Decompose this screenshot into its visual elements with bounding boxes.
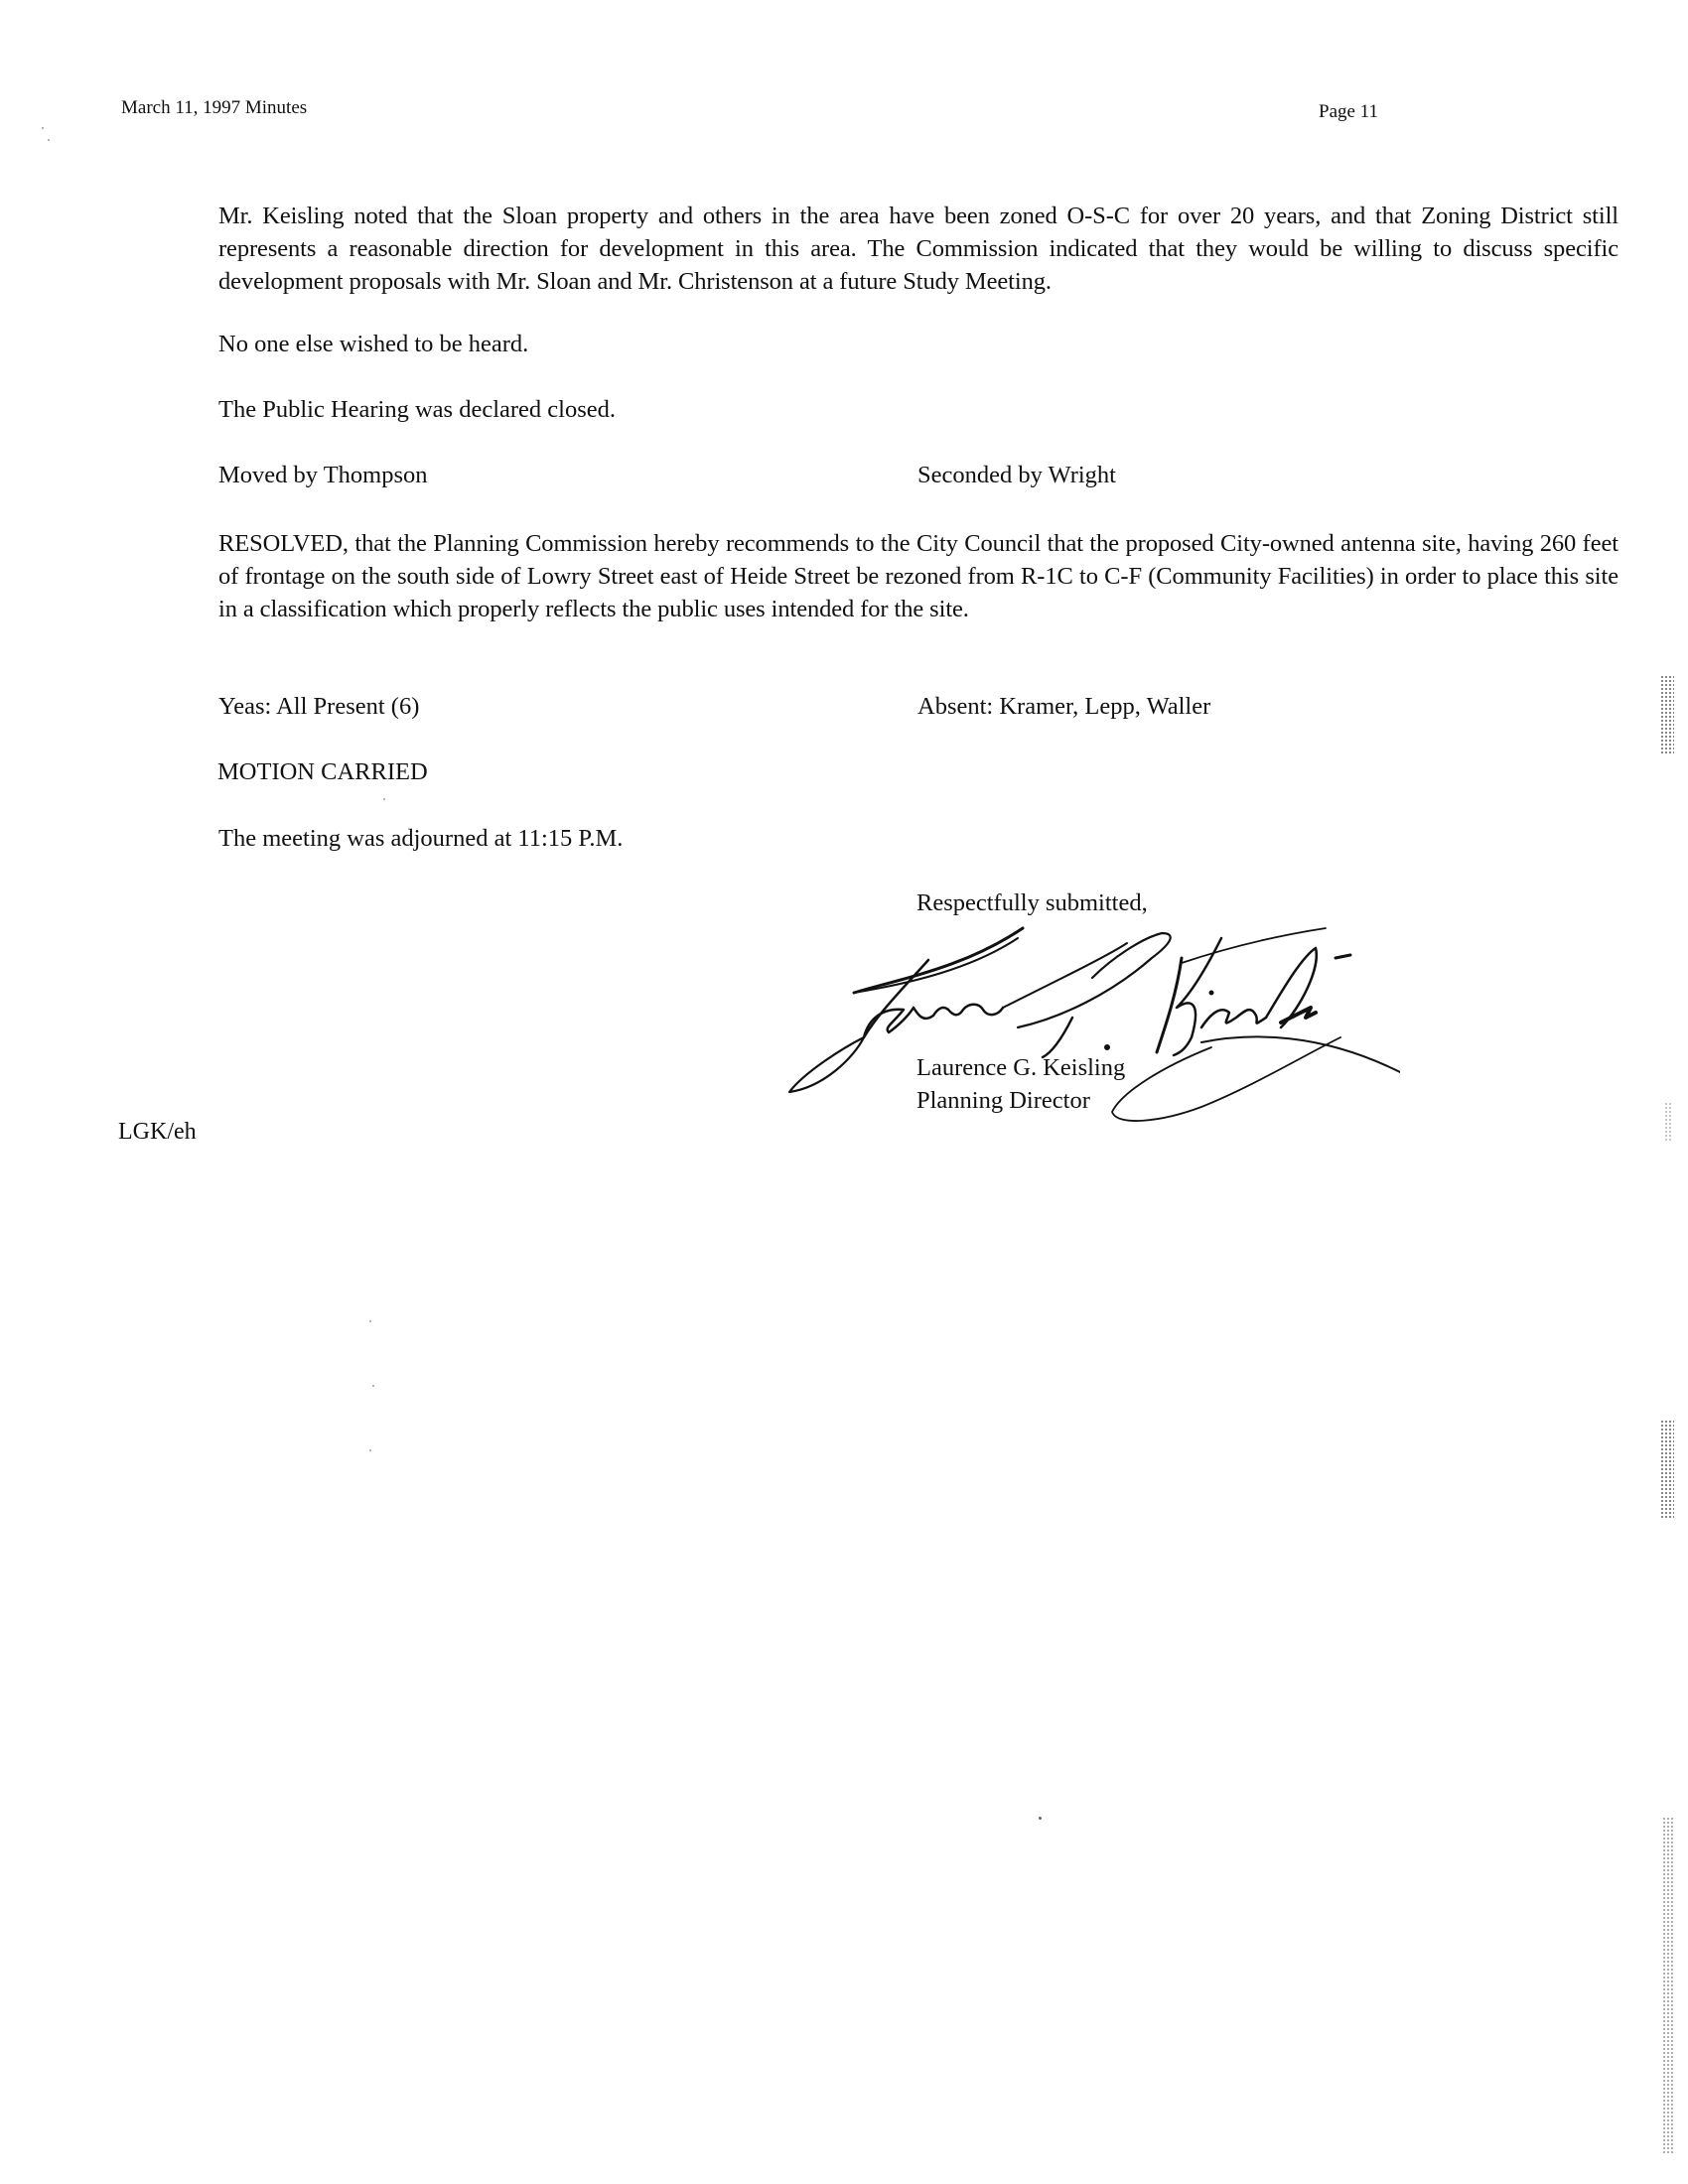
scan-speck bbox=[369, 1320, 371, 1322]
scan-speck bbox=[42, 127, 44, 129]
scan-speck bbox=[48, 139, 50, 141]
typist-initials: LGK/eh bbox=[118, 1116, 197, 1149]
signature-icon bbox=[784, 898, 1400, 1127]
scan-artifact bbox=[1660, 675, 1674, 754]
scan-artifact bbox=[1664, 1102, 1672, 1142]
scan-artifact bbox=[1660, 1420, 1674, 1519]
adjournment-text: The meeting was adjourned at 11:15 P.M. bbox=[218, 822, 623, 855]
scan-speck bbox=[369, 1449, 371, 1451]
signer-name: Laurence G. Keisling bbox=[916, 1051, 1125, 1084]
header-date-title: March 11, 1997 Minutes bbox=[121, 97, 307, 119]
paragraph-keisling-note: Mr. Keisling noted that the Sloan proper… bbox=[218, 200, 1618, 298]
motion-result: MOTION CARRIED bbox=[217, 755, 428, 788]
scan-speck bbox=[383, 798, 385, 800]
header-page-number: Page 11 bbox=[1319, 101, 1378, 123]
no-one-else-text: No one else wished to be heard. bbox=[218, 328, 528, 360]
signer-title: Planning Director bbox=[916, 1084, 1090, 1117]
scan-speck bbox=[372, 1385, 374, 1387]
moved-by: Moved by Thompson bbox=[218, 459, 428, 491]
hearing-closed-text: The Public Hearing was declared closed. bbox=[218, 393, 616, 426]
resolution-paragraph: RESOLVED, that the Planning Commission h… bbox=[218, 527, 1618, 625]
seconded-by: Seconded by Wright bbox=[917, 459, 1116, 491]
document-page: March 11, 1997 Minutes Page 11 Mr. Keisl… bbox=[0, 0, 1688, 2184]
vote-absent: Absent: Kramer, Lepp, Waller bbox=[917, 690, 1210, 723]
vote-yeas: Yeas: All Present (6) bbox=[218, 690, 419, 723]
scan-artifact bbox=[1662, 1817, 1674, 2154]
scan-speck bbox=[1039, 1817, 1042, 1820]
